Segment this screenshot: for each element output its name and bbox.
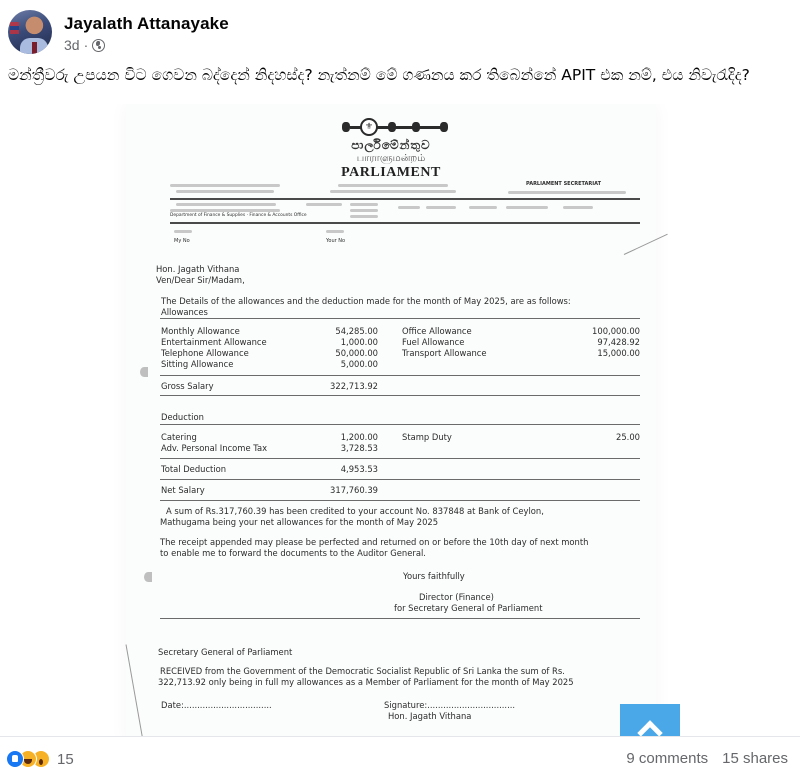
allowance-value: 1,000.00 [302,337,378,347]
shares-link[interactable]: 15 shares [722,750,788,767]
globe-icon[interactable] [92,39,105,52]
intro-text: The Details of the allowances and the de… [161,296,571,306]
post-footer: 15 9 comments 15 shares [0,738,800,779]
deduction-value: 25.00 [546,432,640,442]
closing: Yours faithfully [403,571,465,581]
received-line-1: RECEIVED from the Government of the Demo… [160,666,565,676]
signature-field: Signature:..............................… [384,700,515,710]
allowances-heading: Allowances [161,307,208,317]
credit-line-2: Mathugama being your net allowances for … [160,517,438,527]
allowance-label: Entertainment Allowance [161,337,267,347]
chevron-up-icon [637,720,662,736]
avatar[interactable] [8,10,52,54]
secretariat-label: PARLIAMENT SECRETARIAT [526,181,601,187]
allowance-value: 15,000.00 [546,348,640,358]
total-deduction-label: Total Deduction [161,464,226,474]
received-line-2: 322,713.92 only being in full my allowan… [158,677,574,687]
reactions-summary[interactable]: 15 [6,750,74,768]
parliament-title: PARLIAMENT [126,165,656,181]
gross-salary-value: 322,713.92 [302,381,378,391]
like-icon [6,750,24,768]
allowance-value: 100,000.00 [546,326,640,336]
department-label: Department of Finance & Supplies · Finan… [170,213,307,218]
engagement-stats: 9 comments 15 shares [626,750,788,767]
post-timestamp[interactable]: 3d [64,37,80,53]
net-salary-label: Net Salary [161,485,205,495]
reaction-count: 15 [57,751,74,768]
deduction-label: Catering [161,432,197,442]
credit-line-1: A sum of Rs.317,760.39 has been credited… [166,506,544,516]
parliament-tamil: பாராளுமன்றம் [126,153,656,165]
allowance-label: Transport Allowance [402,348,487,358]
date-field: Date:................................. [161,700,272,710]
post-image[interactable]: ⚜ පාර්ලිමේන්තුව பாராளுமன்றம் PARLIAMENT … [0,104,800,736]
deduction-value: 1,200.00 [302,432,378,442]
allowance-value: 5,000.00 [302,359,378,369]
parliament-sinhala: පාර්ලිමේන්තුව [126,138,656,153]
allowance-value: 54,285.00 [302,326,378,336]
signatory-title: Director (Finance) [419,592,494,602]
salutation: Ven/Dear Sir/Madam, [156,275,245,285]
allowance-label: Telephone Allowance [161,348,249,358]
author-name[interactable]: Jayalath Attanayake [64,14,229,34]
signer-name: Hon. Jagath Vithana [388,711,471,721]
post-text: මන්ත්‍රීවරු උපයන විට ගෙවන බද්දෙන් නිදහස්… [8,66,750,85]
mace-emblem-icon: ⚜ [340,116,450,138]
allowance-value: 50,000.00 [302,348,378,358]
receipt-line-2: to enable me to forward the documents to… [160,548,426,558]
allowance-document: ⚜ පාර්ලිමේන්තුව பாராளுமன்றம் PARLIAMENT … [126,104,656,736]
recipient-name: Hon. Jagath Vithana [156,264,239,274]
your-no-label: Your No [326,238,345,244]
net-salary-value: 317,760.39 [302,485,378,495]
post-header: Jayalath Attanayake 3d · [8,10,229,54]
meta-separator: · [84,37,89,53]
divider [0,736,800,737]
comments-link[interactable]: 9 comments [626,750,708,767]
deduction-heading: Deduction [161,412,204,422]
my-no-label: My No [174,238,190,244]
total-deduction-value: 4,953.53 [302,464,378,474]
flag-icon [10,22,19,34]
allowance-value: 97,428.92 [546,337,640,347]
deduction-label: Stamp Duty [402,432,452,442]
post-meta: 3d · [64,37,229,53]
allowance-label: Office Allowance [402,326,472,336]
scroll-to-top-button[interactable] [620,704,680,736]
punch-hole [144,572,152,582]
receipt-addressee: Secretary General of Parliament [158,647,292,657]
punch-hole [140,367,148,377]
allowance-label: Sitting Allowance [161,359,233,369]
allowance-label: Fuel Allowance [402,337,464,347]
receipt-line-1: The receipt appended may please be perfe… [160,537,588,547]
allowance-label: Monthly Allowance [161,326,240,336]
gross-salary-label: Gross Salary [161,381,214,391]
deduction-value: 3,728.53 [302,443,378,453]
deduction-label: Adv. Personal Income Tax [161,443,267,453]
signatory-for: for Secretary General of Parliament [394,603,542,613]
